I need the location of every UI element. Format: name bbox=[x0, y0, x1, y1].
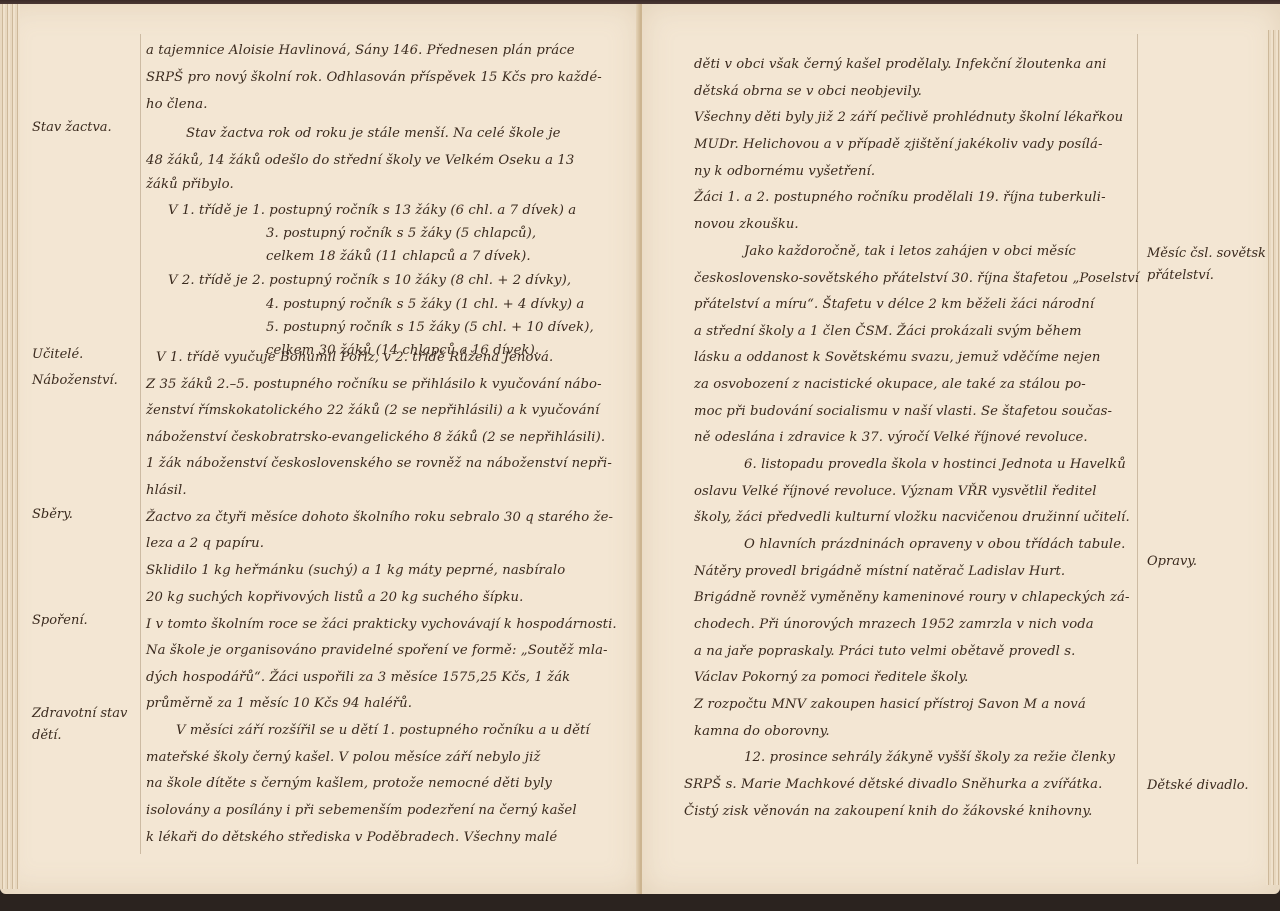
handwritten-line: za osvobození z nacistické okupace, ale … bbox=[694, 377, 1086, 392]
handwritten-line: hlásil. bbox=[146, 483, 187, 498]
handwritten-line: Na škole je organisováno pravidelné spoř… bbox=[146, 643, 608, 658]
handwritten-line: moc při budování socialismu v naší vlast… bbox=[694, 404, 1112, 419]
open-ledger-book: Stav žactva.Učitelé.Náboženství.Sběry.Sp… bbox=[0, 0, 1280, 911]
handwritten-line: 48 žáků, 14 žáků odešlo do střední školy… bbox=[146, 153, 574, 168]
right-page: Měsíc čsl. sovětskéhopřátelství.Opravy.D… bbox=[642, 4, 1280, 894]
handwritten-line: 1 žák náboženství československého se ro… bbox=[146, 456, 612, 471]
handwritten-line: Brigádně rovněž vyměněny kameninové rour… bbox=[694, 590, 1130, 605]
margin-heading: dětí. bbox=[32, 728, 62, 743]
handwritten-line: mateřské školy černý kašel. V polou měsí… bbox=[146, 750, 540, 765]
handwritten-line: O hlavních prázdninách opraveny v obou t… bbox=[744, 537, 1125, 552]
page-stack-edge-right bbox=[1266, 30, 1280, 885]
handwritten-line: Sklidilo 1 kg heřmánku (suchý) a 1 kg má… bbox=[146, 563, 565, 578]
margin-rule bbox=[140, 34, 141, 854]
handwritten-line: děti v obci však černý kašel prodělaly. … bbox=[694, 57, 1107, 72]
margin-heading: Zdravotní stav bbox=[32, 706, 127, 721]
margin-heading: Spoření. bbox=[32, 613, 88, 628]
handwritten-line: ně odeslána i zdravice k 37. výročí Velk… bbox=[694, 430, 1088, 445]
handwritten-line: 5. postupný ročník s 15 žáky (5 chl. + 1… bbox=[266, 320, 594, 335]
handwritten-line: a střední školy a 1 člen ČSM. Žáci proká… bbox=[694, 324, 1082, 339]
handwritten-line: Nátěry provedl brigádně místní natěrač L… bbox=[694, 564, 1065, 579]
handwritten-line: 12. prosince sehrály žákyně vyšší školy … bbox=[744, 750, 1115, 765]
margin-heading: Opravy. bbox=[1147, 554, 1197, 569]
left-page: Stav žactva.Učitelé.Náboženství.Sběry.Sp… bbox=[0, 4, 640, 894]
handwritten-line: průměrně za 1 měsíc 10 Kčs 94 haléřů. bbox=[146, 696, 412, 711]
handwritten-line: k lékaři do dětského střediska v Poděbra… bbox=[146, 830, 557, 845]
handwritten-line: novou zkoušku. bbox=[694, 217, 799, 232]
handwritten-line: V 2. třídě je 2. postupný ročník s 10 žá… bbox=[168, 273, 571, 288]
handwritten-line: Václav Pokorný za pomoci ředitele školy. bbox=[694, 670, 968, 685]
handwritten-line: Žáci 1. a 2. postupného ročníku prodělal… bbox=[694, 190, 1106, 205]
margin-heading: Dětské divadlo. bbox=[1147, 778, 1249, 793]
handwritten-line: 20 kg suchých kopřivových listů a 20 kg … bbox=[146, 590, 523, 605]
handwritten-line: školy, žáci předvedli kulturní vložku na… bbox=[694, 510, 1130, 525]
margin-rule bbox=[1137, 34, 1138, 864]
margin-heading: Měsíc čsl. sovětského bbox=[1147, 246, 1280, 261]
handwritten-line: Z rozpočtu MNV zakoupen hasicí přístroj … bbox=[694, 697, 1086, 712]
handwritten-line: ženství římskokatolického 22 žáků (2 se … bbox=[146, 403, 599, 418]
handwritten-line: MUDr. Helichovou a v případě zjištění ja… bbox=[694, 137, 1103, 152]
handwritten-line: dých hospodářů“. Žáci uspořili za 3 měsí… bbox=[146, 670, 570, 685]
handwritten-line: československo-sovětského přátelství 30.… bbox=[694, 271, 1139, 286]
handwritten-line: náboženství českobratrsko-evangelického … bbox=[146, 430, 605, 445]
handwritten-line: V 1. třídě je 1. postupný ročník s 13 žá… bbox=[168, 203, 576, 218]
handwritten-line: 6. listopadu provedla škola v hostinci J… bbox=[744, 457, 1126, 472]
handwritten-line: Jako každoročně, tak i letos zahájen v o… bbox=[744, 244, 1076, 259]
handwritten-line: lásku a oddanost k Sovětskému svazu, jem… bbox=[694, 350, 1100, 365]
handwritten-line: Čistý zisk věnován na zakoupení knih do … bbox=[684, 804, 1092, 819]
handwritten-line: SRPŠ pro nový školní rok. Odhlasován pří… bbox=[146, 70, 602, 85]
handwritten-line: Z 35 žáků 2.–5. postupného ročníku se př… bbox=[146, 377, 602, 392]
handwritten-line: isolovány a posílány i při sebemenším po… bbox=[146, 803, 577, 818]
handwritten-line: oslavu Velké říjnové revoluce. Význam VŘ… bbox=[694, 484, 1097, 499]
margin-heading: přátelství. bbox=[1147, 268, 1214, 283]
handwritten-line: žáků přibylo. bbox=[146, 177, 234, 192]
handwritten-line: a na jaře popraskaly. Práci tuto velmi o… bbox=[694, 644, 1075, 659]
handwritten-line: SRPŠ s. Marie Machkové dětské divadlo Sn… bbox=[684, 777, 1102, 792]
handwritten-line: leza a 2 q papíru. bbox=[146, 536, 264, 551]
handwritten-line: celkem 18 žáků (11 chlapců a 7 dívek). bbox=[266, 249, 531, 264]
handwritten-line: chodech. Při únorových mrazech 1952 zamr… bbox=[694, 617, 1094, 632]
handwritten-line: 4. postupný ročník s 5 žáky (1 chl. + 4 … bbox=[266, 297, 584, 312]
handwritten-line: 3. postupný ročník s 5 žáky (5 chlapců), bbox=[266, 226, 536, 241]
page-stack-edge-left bbox=[0, 4, 20, 889]
margin-heading: Stav žactva. bbox=[32, 120, 112, 135]
handwritten-line: Stav žactva rok od roku je stále menší. … bbox=[186, 126, 561, 141]
handwritten-line: přátelství a míru“. Štafetu v délce 2 km… bbox=[694, 297, 1094, 312]
handwritten-line: V měsíci září rozšířil se u dětí 1. post… bbox=[176, 723, 590, 738]
handwritten-line: I v tomto školním roce se žáci prakticky… bbox=[146, 617, 617, 632]
margin-heading: Náboženství. bbox=[32, 373, 118, 388]
handwritten-line: ny k odbornému vyšetření. bbox=[694, 164, 875, 179]
margin-heading: Sběry. bbox=[32, 507, 73, 522]
handwritten-line: Všechny děti byly již 2 září pečlivě pro… bbox=[694, 110, 1123, 125]
handwritten-line: V 1. třídě vyučuje Bohumil Pořiz, v 2. t… bbox=[156, 350, 553, 365]
handwritten-line: Žactvo za čtyři měsíce dohoto školního r… bbox=[146, 510, 613, 525]
handwritten-line: na škole dítěte s černým kašlem, protože… bbox=[146, 776, 552, 791]
handwritten-line: kamna do oborovny. bbox=[694, 724, 830, 739]
handwritten-line: a tajemnice Aloisie Havlinová, Sány 146.… bbox=[146, 43, 575, 58]
handwritten-line: ho člena. bbox=[146, 97, 207, 112]
handwritten-line: dětská obrna se v obci neobjevily. bbox=[694, 84, 922, 99]
margin-heading: Učitelé. bbox=[32, 347, 83, 362]
